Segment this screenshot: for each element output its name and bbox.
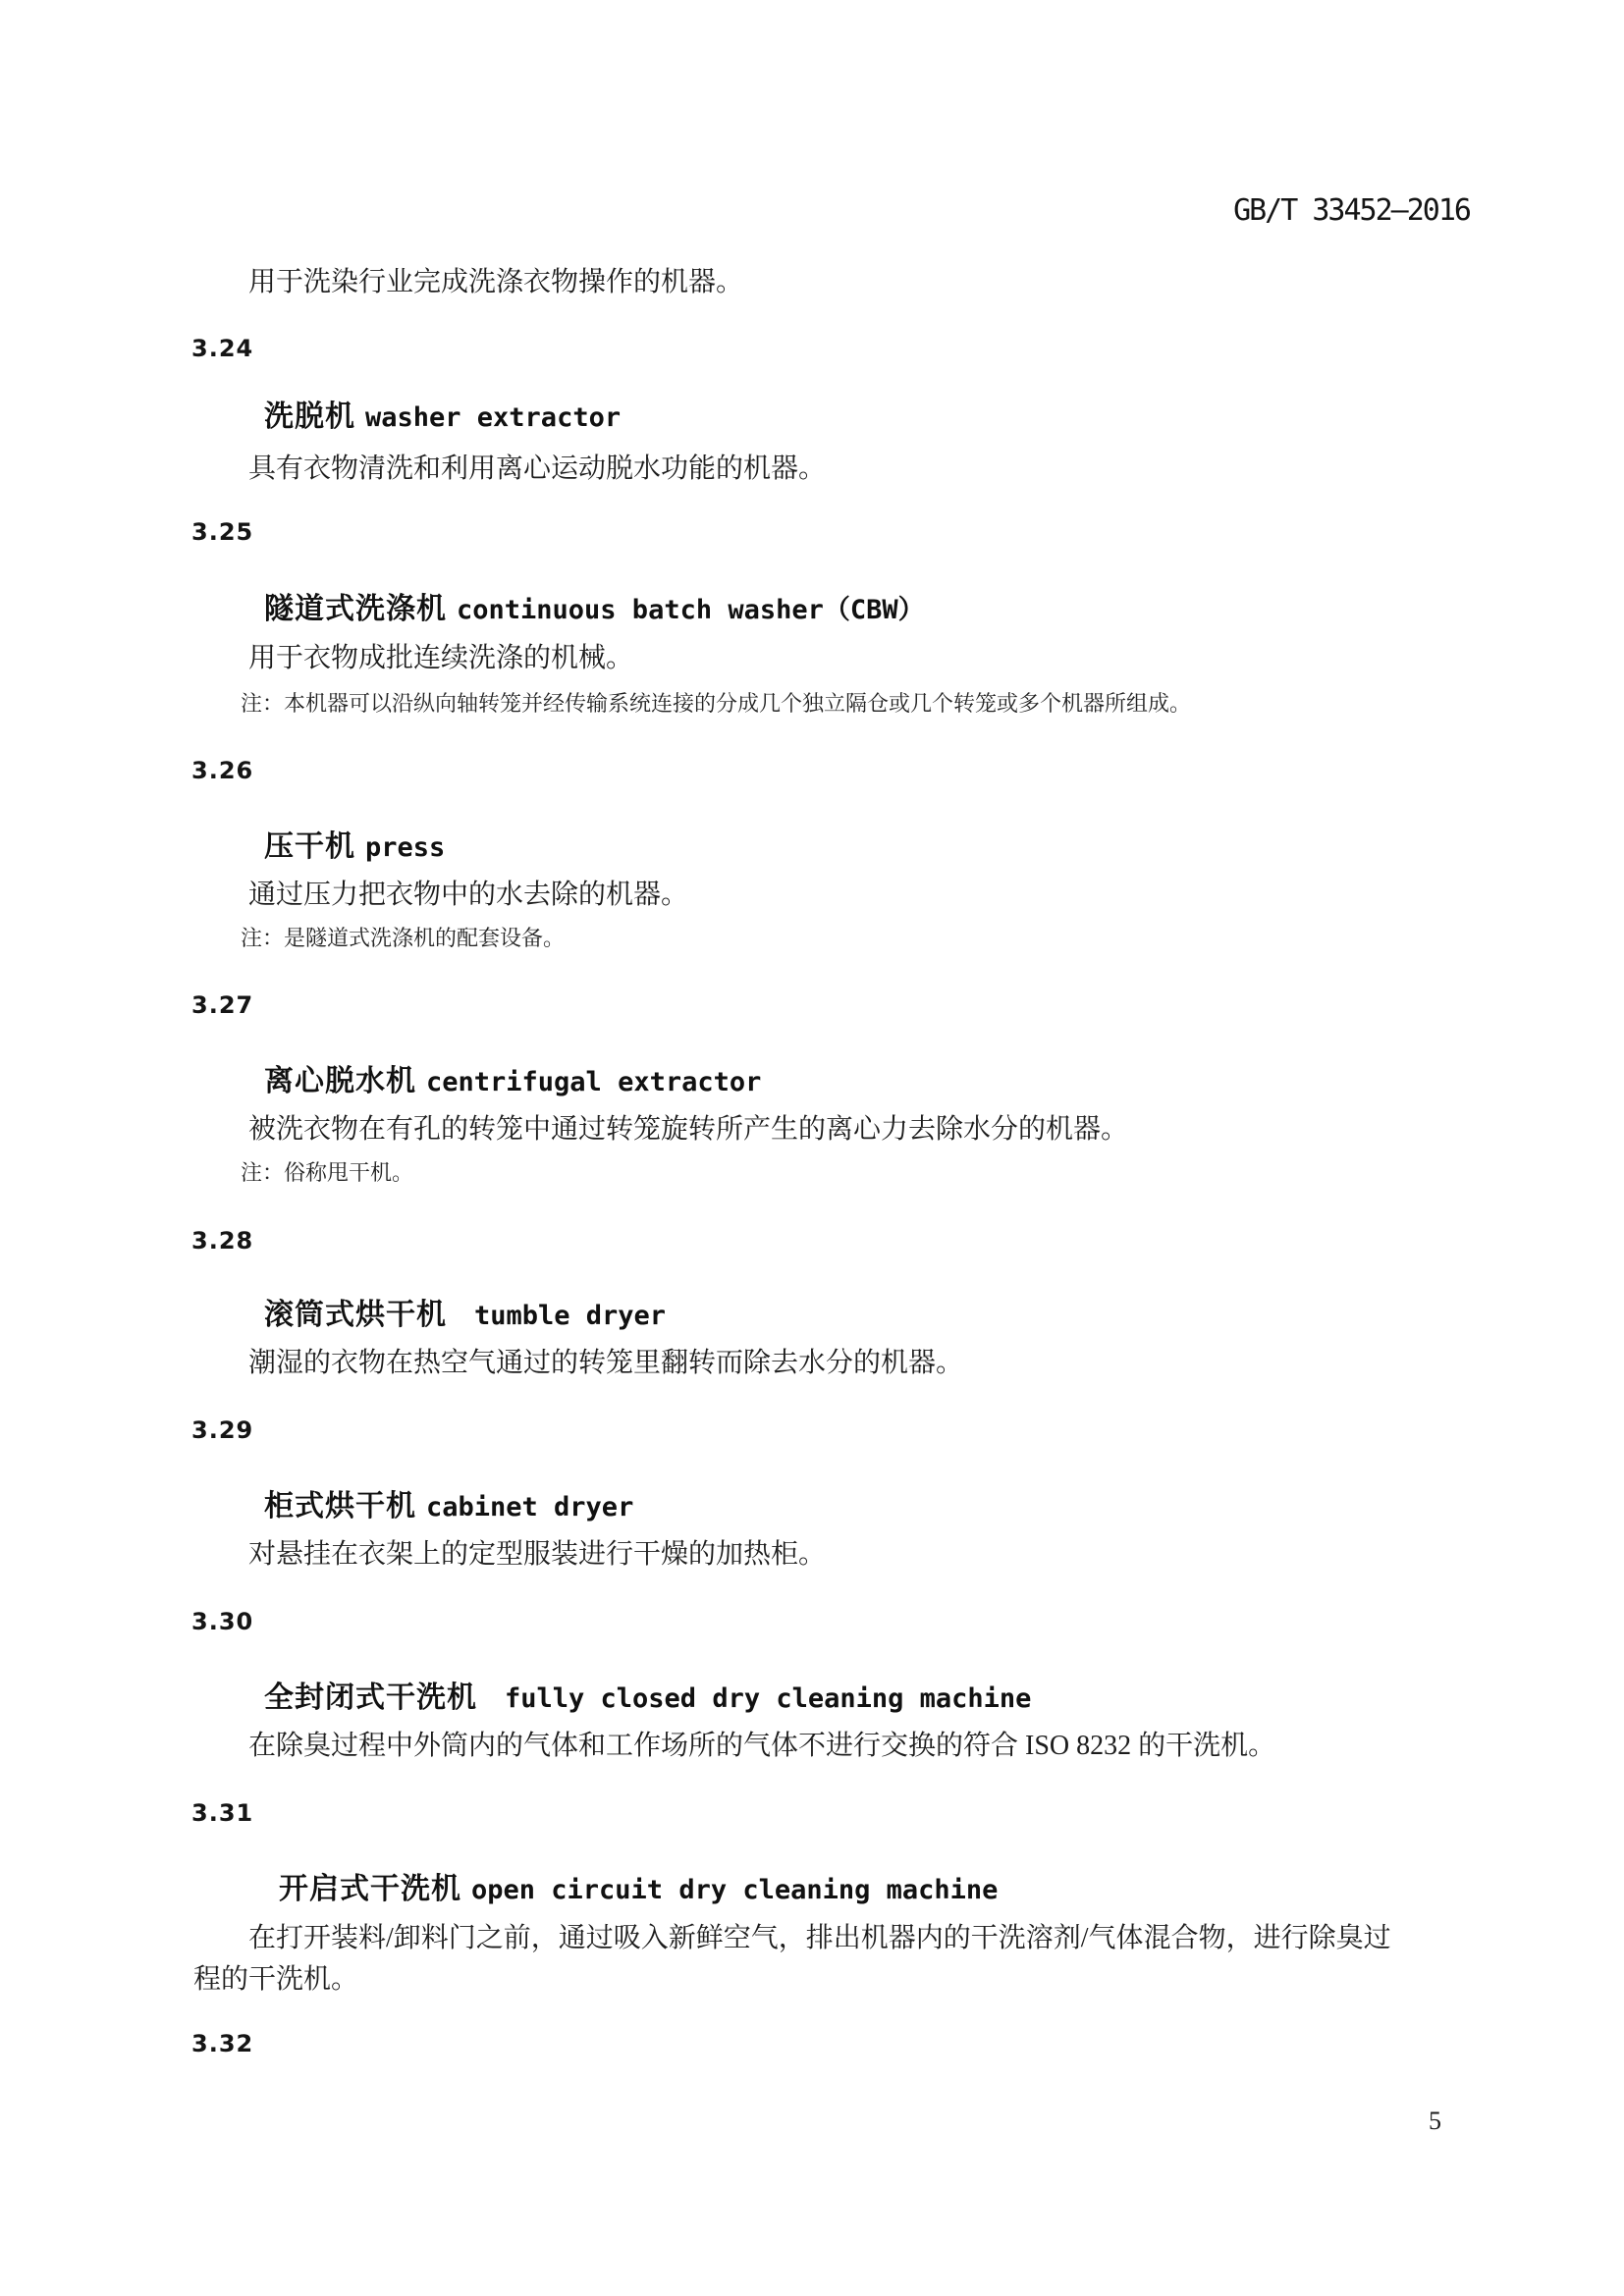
term-chinese: 柜式烘干机 [264, 1489, 416, 1523]
term-chinese: 开启式干洗机 [279, 1872, 461, 1906]
term-line: 隧道式洗涤机continuous batch washer（CBW） [248, 579, 925, 640]
section-number: 3.32 [191, 2032, 253, 2056]
section-number: 3.30 [191, 1610, 253, 1633]
document-page: GB/T 33452—2016 用于洗染行业完成洗涤衣物操作的机器。 3.24 … [0, 0, 1624, 2296]
term-definition: 被洗衣物在有孔的转笼中通过转笼旋转所产生的离心力去除水分的机器。 [193, 1116, 1128, 1144]
section-number: 3.27 [191, 993, 253, 1017]
term-english: washer extractor [365, 402, 621, 433]
standard-number-header: GB/T 33452—2016 [1233, 196, 1470, 226]
section-number: 3.26 [191, 759, 253, 782]
term-chinese: 滚筒式烘干机 [264, 1298, 447, 1332]
term-definition: 具有衣物清洗和利用离心运动脱水功能的机器。 [193, 455, 826, 483]
term-line: 离心脱水机centrifugal extractor [248, 1051, 761, 1112]
term-definition: 对悬挂在衣架上的定型服装进行干燥的加热柜。 [193, 1541, 826, 1569]
term-chinese: 离心脱水机 [264, 1064, 416, 1098]
term-line: 柜式烘干机cabinet dryer [248, 1476, 633, 1537]
term-definition: 通过压力把衣物中的水去除的机器。 [193, 881, 688, 909]
section-number: 3.28 [191, 1229, 253, 1253]
term-definition: 用于衣物成批连续洗涤的机械。 [193, 645, 633, 672]
term-definition: 在打开装料/卸料门之前，通过吸入新鲜空气，排出机器内的干洗溶剂/气体混合物，进行… [193, 1918, 1411, 2001]
term-line: 压干机press [248, 817, 445, 878]
term-note: 注：俗称甩干机。 [241, 1162, 413, 1184]
term-chinese: 洗脱机 [264, 400, 355, 434]
term-english: open circuit dry cleaning machine [471, 1875, 998, 1905]
section-number: 3.31 [191, 1801, 253, 1825]
term-line: 滚筒式烘干机tumble dryer [248, 1285, 666, 1346]
term-english: centrifugal extractor [426, 1067, 761, 1097]
term-chinese: 全封闭式干洗机 [264, 1681, 477, 1715]
term-line: 全封闭式干洗机fully closed dry cleaning machine [248, 1668, 1031, 1729]
term-english: tumble dryer [474, 1301, 666, 1331]
term-note: 注：本机器可以沿纵向轴转笼并经传输系统连接的分成几个独立隔仓或几个转笼或多个机器… [241, 693, 1191, 715]
section-number: 3.25 [191, 520, 253, 544]
term-chinese: 隧道式洗涤机 [264, 592, 447, 626]
term-definition: 在除臭过程中外筒内的气体和工作场所的气体不进行交换的符合 ISO 8232 的干… [193, 1733, 1275, 1760]
definition-continuation: 用于洗染行业完成洗涤衣物操作的机器。 [193, 269, 743, 296]
term-chinese: 压干机 [264, 829, 355, 864]
term-english: fully closed dry cleaning machine [505, 1683, 1031, 1714]
term-english: cabinet dryer [426, 1492, 633, 1522]
term-english: press [365, 832, 445, 863]
term-english: continuous batch washer（CBW） [457, 595, 925, 625]
section-number: 3.24 [191, 337, 253, 360]
section-number: 3.29 [191, 1418, 253, 1442]
term-line: 开启式干洗机open circuit dry cleaning machine [263, 1859, 998, 1920]
page-number: 5 [1429, 2109, 1441, 2134]
term-line: 洗脱机washer extractor [248, 387, 621, 448]
term-definition: 潮湿的衣物在热空气通过的转笼里翻转而除去水分的机器。 [193, 1350, 963, 1377]
term-note: 注：是隧道式洗涤机的配套设备。 [241, 928, 565, 949]
